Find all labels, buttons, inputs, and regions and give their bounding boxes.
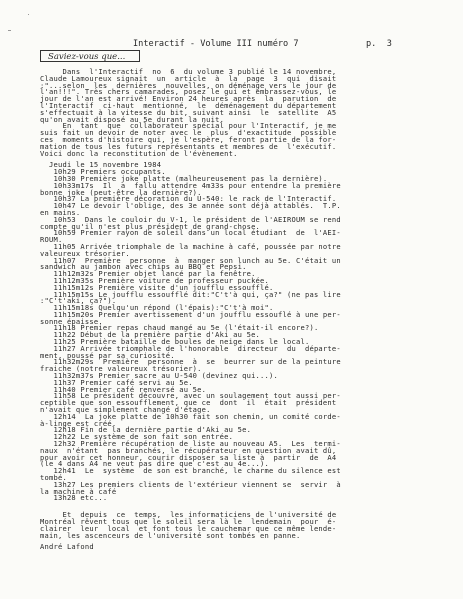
closing-paragraph: Et depuis ce temps, les informaticiens d…	[40, 512, 370, 539]
text-line: Voici donc la reconstitution de l'évènem…	[40, 151, 370, 158]
author-signature: André Lafond	[40, 544, 370, 551]
timeline-entry-line: 12h41 Le système de son est branché, le …	[40, 468, 370, 475]
text-line: main, les ascenceurs de l'université son…	[40, 533, 370, 540]
timeline-entry-line: 10h47 Le devoir l'oblige, des 3e année s…	[40, 203, 370, 210]
section-title-box: Saviez-vous que...	[40, 50, 140, 62]
page-header-title: Interactif - Volume III numéro 7	[133, 39, 299, 49]
scan-speck	[8, 30, 11, 31]
timeline-entry-line: 13h28 etc...	[40, 495, 370, 502]
article-body: Dans l'Interactif no 6 du volume 3 publi…	[40, 69, 370, 551]
scan-speck	[28, 14, 29, 15]
page-number: p. 3	[366, 39, 392, 49]
timeline-entry-line: 10h59 Premier rayon de soleil dans un lo…	[40, 230, 370, 237]
timeline-list: 10h29 Premiers occupants. 10h30 Première…	[40, 169, 370, 502]
intro-paragraph: Dans l'Interactif no 6 du volume 3 publi…	[40, 69, 370, 157]
